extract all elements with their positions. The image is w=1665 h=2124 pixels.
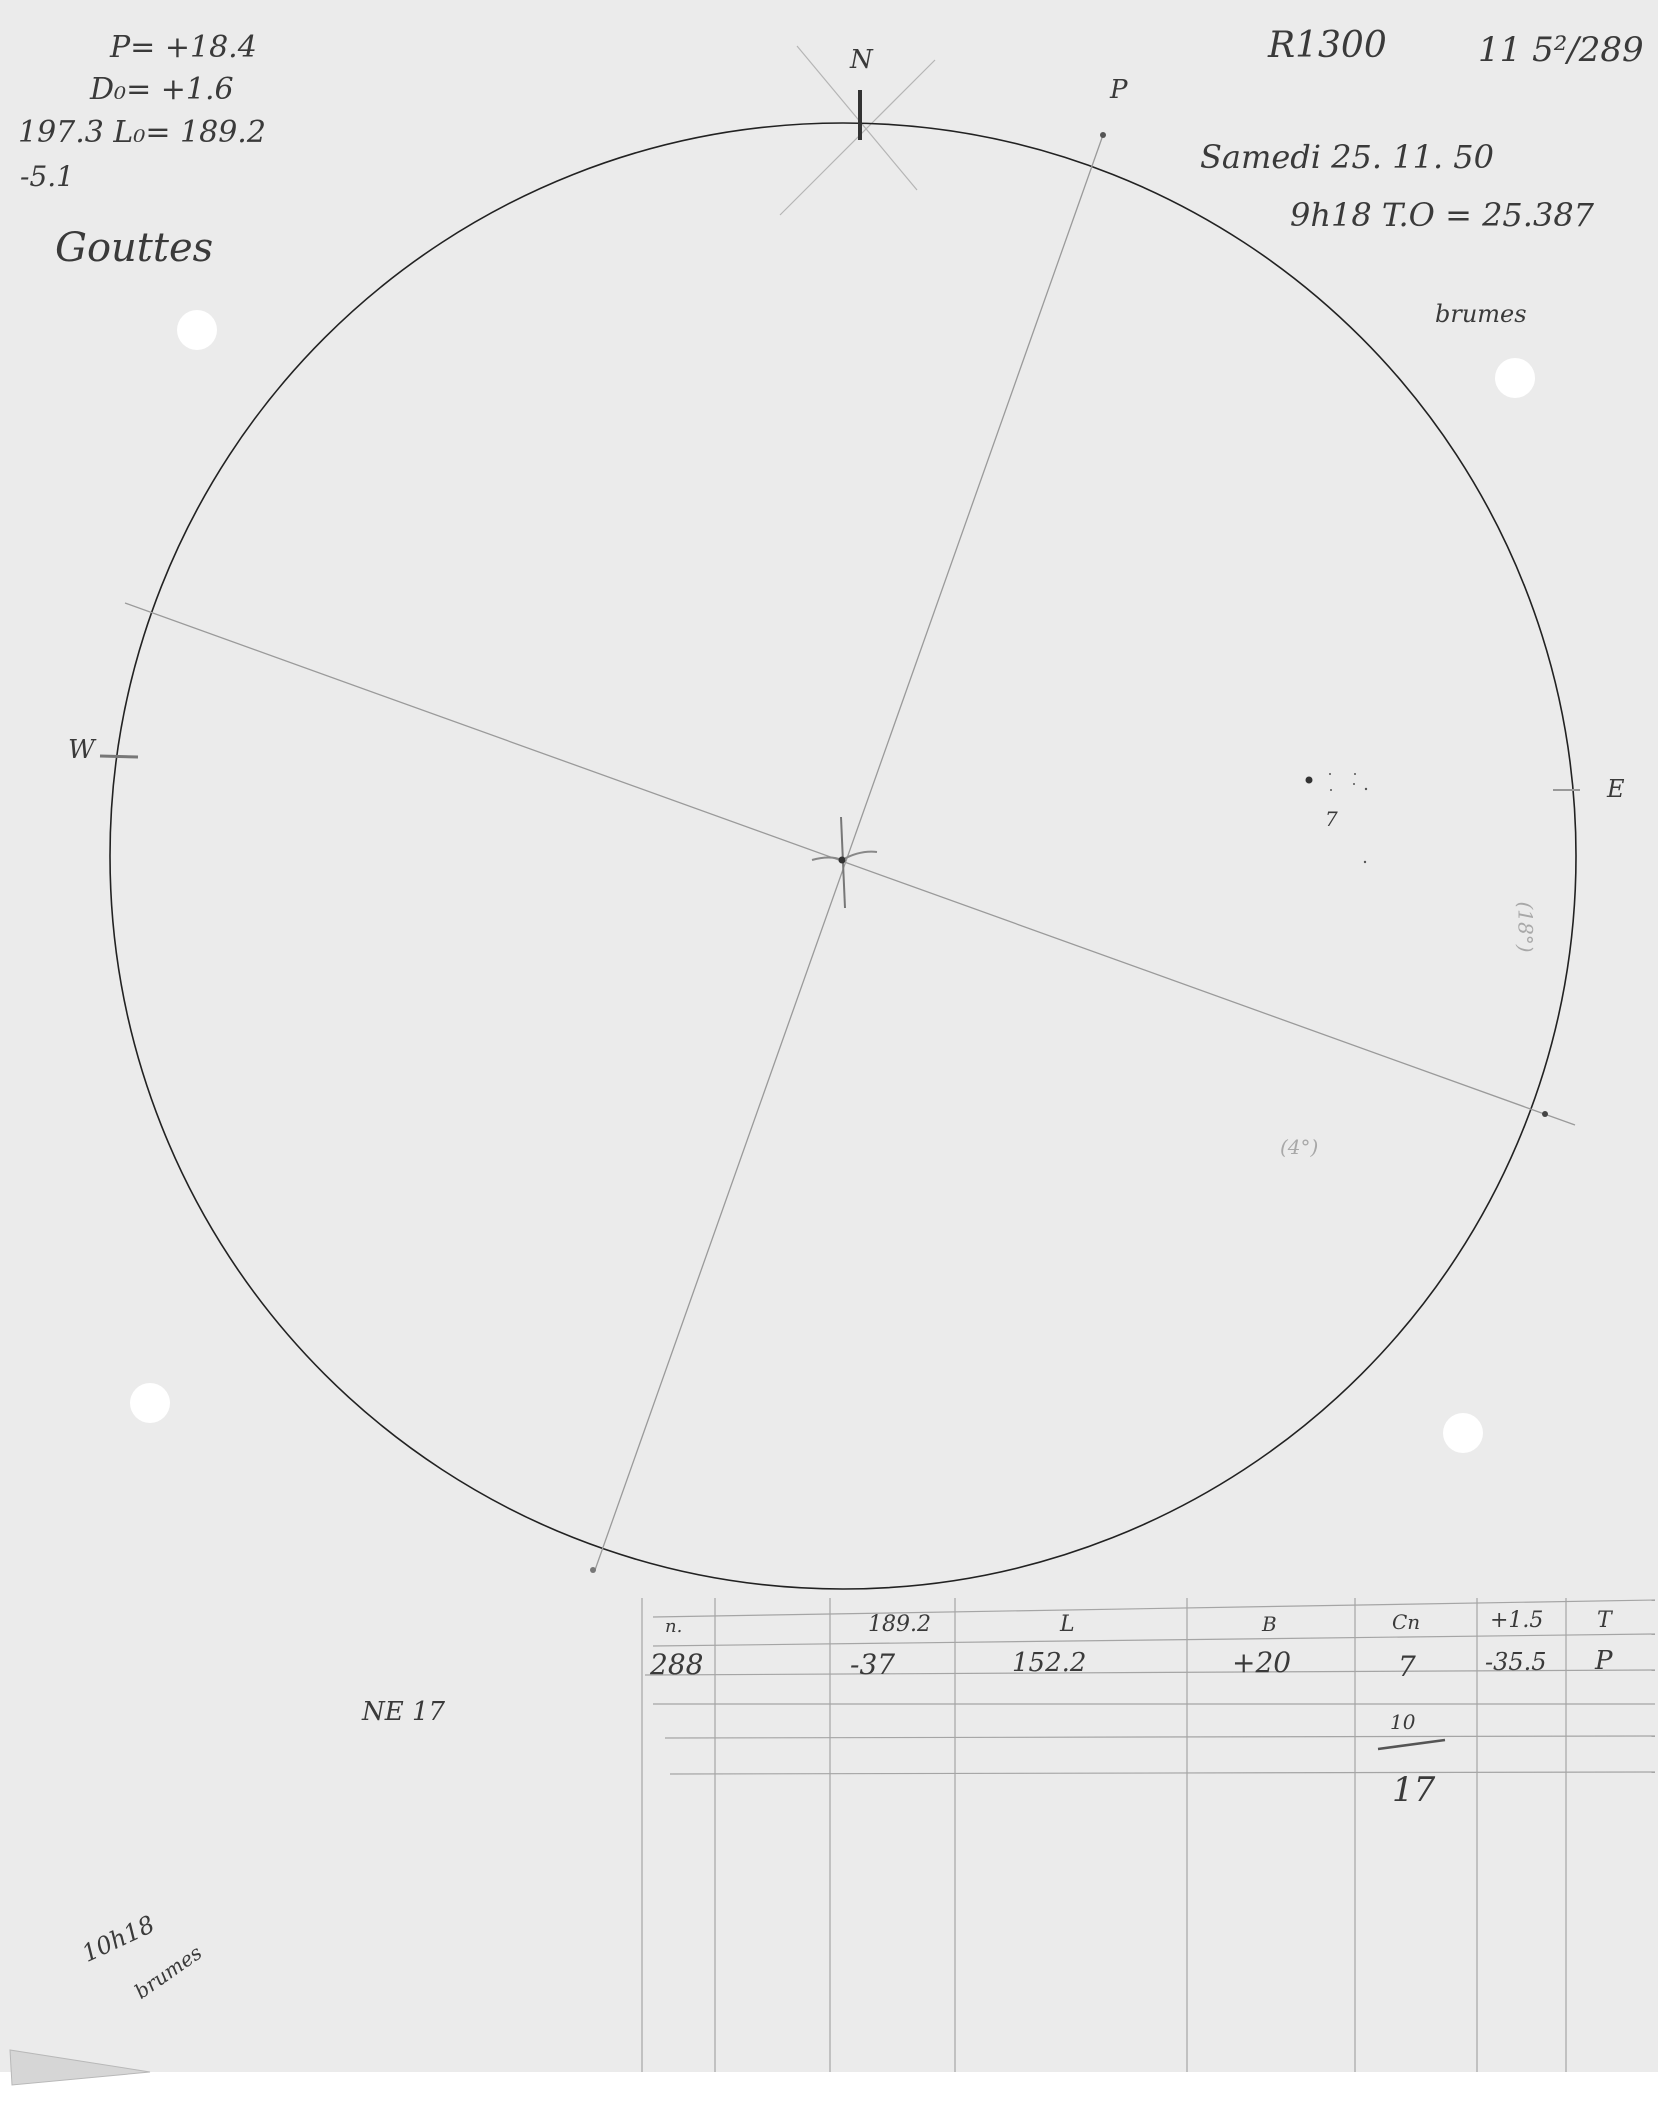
punch-hole bbox=[1495, 358, 1535, 398]
table-cell: 152.2 bbox=[1012, 1648, 1086, 1678]
table-header: T bbox=[1597, 1608, 1612, 1633]
north-label: N bbox=[850, 45, 873, 75]
table-cell: +20 bbox=[1232, 1646, 1291, 1679]
reference-number: R1300 bbox=[1268, 25, 1387, 66]
d0-value: D₀= +1.6 bbox=[90, 72, 234, 107]
faint-annotation: (4°) bbox=[1280, 1135, 1318, 1159]
west-tick bbox=[100, 756, 138, 757]
punch-hole bbox=[177, 310, 217, 350]
folded-corner bbox=[10, 2050, 150, 2085]
sky-condition-note: brumes bbox=[1435, 300, 1527, 328]
sunspot-group-number: 7 bbox=[1325, 807, 1338, 831]
l0-value: 197.3 L₀= 189.2 bbox=[18, 115, 266, 150]
table-header: Cn bbox=[1392, 1610, 1420, 1634]
faint-annotation: (18°) bbox=[1514, 901, 1538, 952]
table-cell: -37 bbox=[850, 1648, 895, 1681]
observation-time: 9h18 T.O = 25.387 bbox=[1290, 196, 1594, 234]
polar-axis bbox=[595, 135, 1103, 1570]
table-header: B bbox=[1262, 1612, 1277, 1636]
diff-value: -5.1 bbox=[20, 160, 74, 193]
p-angle: P= +18.4 bbox=[110, 30, 257, 65]
equator-line bbox=[125, 603, 1575, 1125]
punch-hole bbox=[1443, 1413, 1483, 1453]
sum-top: 10 bbox=[1390, 1710, 1415, 1734]
table-cell: -35.5 bbox=[1485, 1648, 1547, 1676]
sum-total: 17 bbox=[1392, 1770, 1435, 1810]
pole-label: P bbox=[1110, 75, 1128, 105]
table-cell: P bbox=[1595, 1646, 1613, 1676]
punch-hole bbox=[130, 1383, 170, 1423]
table-header: +1.5 bbox=[1490, 1608, 1543, 1633]
west-label: W bbox=[68, 735, 95, 765]
east-label: E bbox=[1607, 775, 1625, 803]
observation-date: Samedi 25. 11. 50 bbox=[1200, 138, 1494, 176]
table-header: n. bbox=[665, 1616, 682, 1637]
sheet-number: 11 5²/289 bbox=[1478, 30, 1644, 70]
table-header: L bbox=[1060, 1612, 1075, 1637]
table-header: 189.2 bbox=[868, 1612, 931, 1637]
table-cell: 7 bbox=[1398, 1650, 1416, 1683]
ne-note: NE 17 bbox=[362, 1697, 445, 1727]
observer-name: Gouttes bbox=[55, 225, 213, 271]
table-cell: 288 bbox=[650, 1648, 703, 1681]
